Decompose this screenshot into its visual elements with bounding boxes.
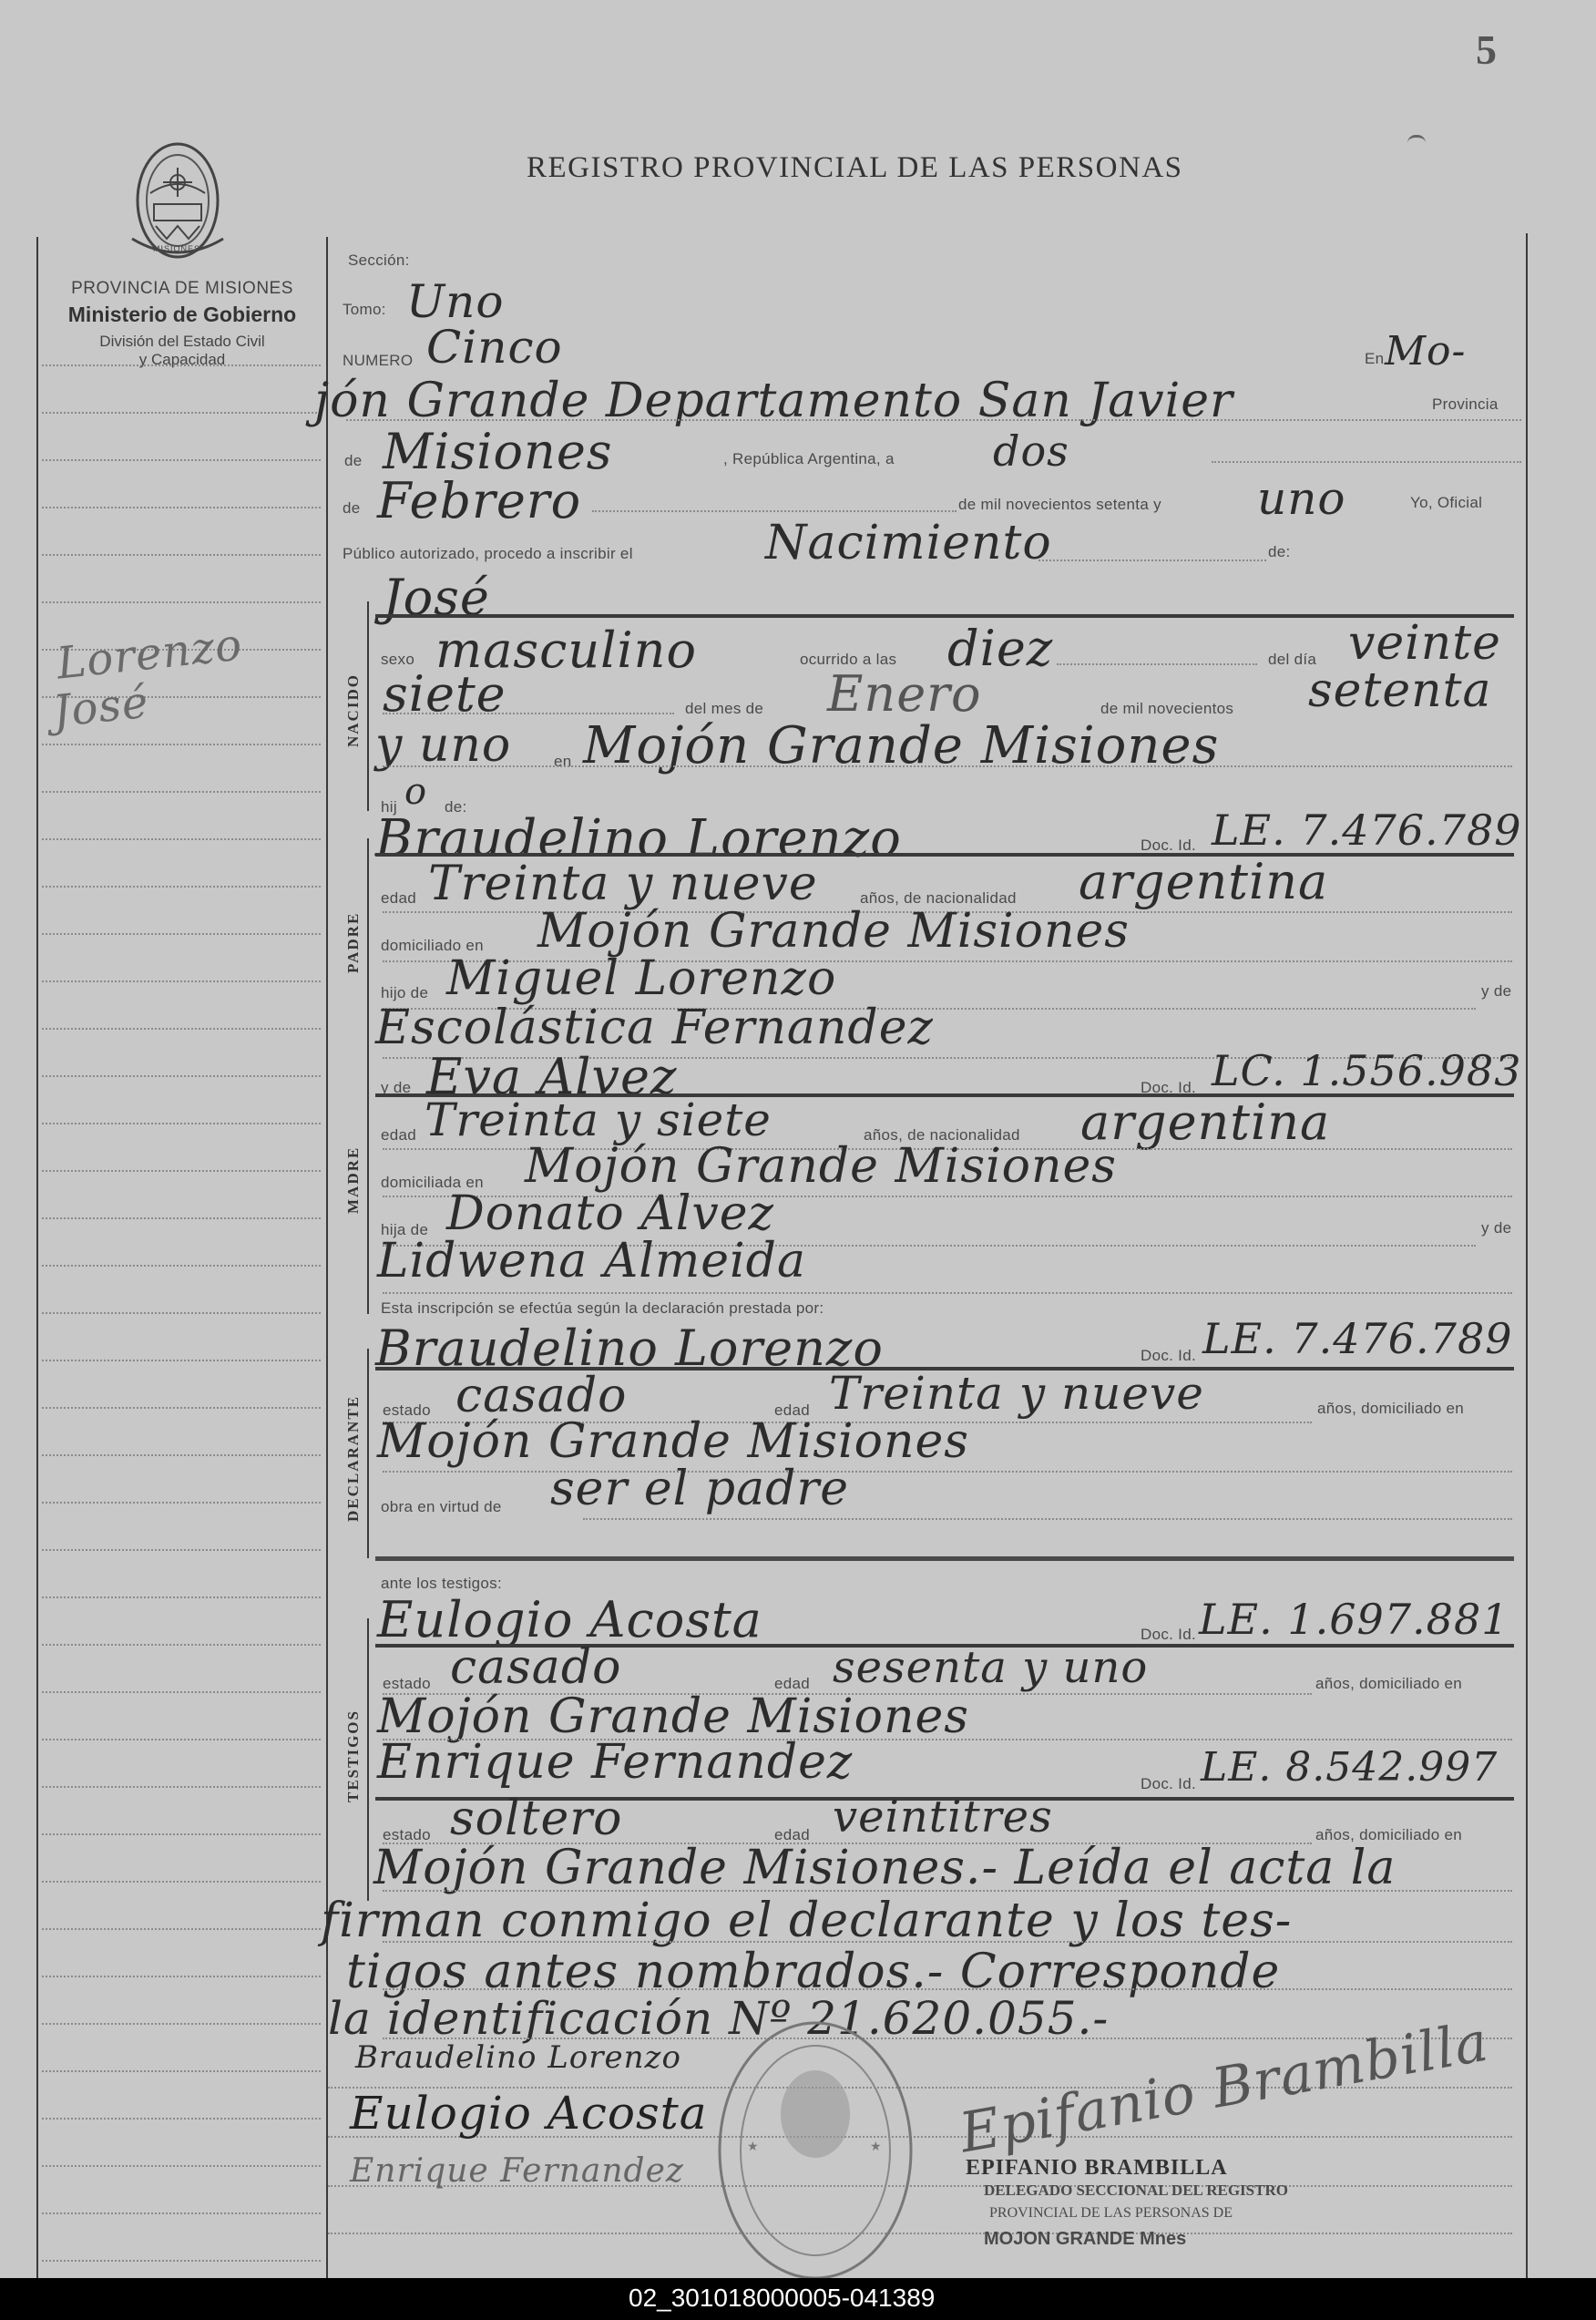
margin-ruled-line [42, 1833, 321, 1835]
anio-value[interactable]: setenta [1308, 663, 1492, 718]
nacido-section-bar [367, 601, 369, 811]
nacido-section-label: NACIDO [344, 673, 363, 747]
de2-label: de [343, 499, 361, 518]
dia-cont-underline [383, 713, 674, 714]
margin-ruled-line [42, 1644, 321, 1646]
closing-line-2[interactable]: firman conmigo el declarante y los tes- [321, 1894, 1292, 1948]
margin-ruled-line [42, 2118, 321, 2120]
svg-text:★: ★ [747, 2140, 759, 2154]
testigo1-estado-value[interactable]: casado [450, 1640, 621, 1695]
page-number: 5 [1476, 26, 1497, 74]
declarante-doc-value[interactable]: LE. 7.476.789 [1202, 1314, 1512, 1363]
margin-ruled-line [42, 886, 321, 888]
dia-value[interactable]: veinte [1348, 616, 1501, 671]
madre-nacionalidad-value[interactable]: argentina [1080, 1093, 1330, 1151]
declarante-domicilio-value[interactable]: Mojón Grande Misiones [377, 1414, 969, 1469]
letterhead-ministry: Ministerio de Gobierno [36, 303, 328, 327]
margin-right-border [326, 237, 328, 2278]
margin-ruled-line [42, 1549, 321, 1551]
margin-ruled-line [42, 364, 321, 366]
hora-underline [1057, 663, 1257, 665]
provincia-label: Provincia [1432, 395, 1499, 414]
margin-ruled-line [42, 2260, 321, 2262]
testigos-section-bar [367, 1618, 369, 1901]
madre-edad-label: edad [381, 1126, 416, 1145]
madre-section-label: MADRE [344, 1146, 363, 1214]
de-label: de [344, 452, 363, 470]
tomo-label: Tomo: [343, 301, 386, 319]
stamp-name: EPIFANIO BRAMBILLA [966, 2156, 1228, 2181]
margin-ruled-line [42, 1881, 321, 1883]
acta-type-value[interactable]: Nacimiento [765, 516, 1052, 570]
lugar-underline [383, 765, 1512, 767]
republica-label: , República Argentina, a [723, 450, 895, 468]
declarante-virtud-underline [583, 1518, 1512, 1520]
margin-ruled-line [42, 2070, 321, 2072]
testigos-top-rule [375, 1556, 1514, 1561]
padre-doc-value[interactable]: LE. 7.476.789 [1212, 806, 1521, 855]
testigo2-estado-value[interactable]: soltero [450, 1791, 622, 1846]
letterhead-province: PROVINCIA DE MISIONES [36, 279, 328, 299]
signature-declarante: Braudelino Lorenzo [355, 2039, 681, 2076]
margin-ruled-line [42, 1454, 321, 1456]
margin-ruled-line [42, 980, 321, 982]
letterhead-division: División del Estado Civil [36, 333, 328, 351]
margin-ruled-line [42, 1028, 321, 1030]
margin-ruled-line [42, 744, 321, 745]
anio-label: de mil novecientos [1100, 700, 1233, 718]
mes-value[interactable]: Enero [827, 665, 981, 723]
padre-hijo-de-label: hijo de [381, 984, 428, 1002]
abuela-materna-value[interactable]: Lidwena Almeida [377, 1234, 806, 1288]
signature-testigo2: Enrique Fernandez [350, 2152, 684, 2190]
testigo2-nombre-value[interactable]: Enrique Fernandez [377, 1735, 853, 1790]
margin-ruled-line [42, 1170, 321, 1172]
margin-ruled-line [42, 507, 321, 508]
page-title: REGISTRO PROVINCIAL DE LAS PERSONAS [527, 151, 1183, 185]
testigo1-doc-label: Doc. Id. [1141, 1626, 1196, 1644]
closing-text-1: Mojón Grande Misiones.- Leída el acta la [373, 1841, 1396, 1895]
margin-note-name: José [50, 677, 150, 738]
margin-ruled-line [42, 1312, 321, 1314]
oficial-label: Yo, Oficial [1410, 494, 1482, 512]
margin-ruled-line [42, 2165, 321, 2167]
declarante-edad-value[interactable]: Treinta y nueve [829, 1367, 1204, 1420]
de3-label: de: [1268, 543, 1291, 561]
declarante-domicilio-label: años, domiciliado en [1317, 1400, 1464, 1418]
margin-ruled-line [42, 1123, 321, 1124]
closing-underline-3 [383, 1988, 1512, 1990]
margin-ruled-line [42, 1928, 321, 1930]
padre-section-label: PADRE [344, 912, 363, 973]
mes-label: del mes de [685, 700, 763, 718]
testigos-intro-label: ante los testigos: [381, 1575, 502, 1593]
hijo-suffix[interactable]: o [404, 771, 427, 813]
padre-edad-label: edad [381, 889, 416, 908]
margin-ruled-line [42, 2023, 321, 2025]
padre-edad-value[interactable]: Treinta y nueve [428, 857, 818, 911]
margin-ruled-line [42, 601, 321, 603]
margin-ruled-line [42, 1739, 321, 1740]
letterhead: PROVINCIA DE MISIONES Ministerio de Gobi… [36, 279, 328, 369]
form-right-border [1526, 233, 1528, 2278]
day-value[interactable]: dos [993, 426, 1069, 476]
declarante-doc-label: Doc. Id. [1141, 1347, 1196, 1365]
margin-ruled-line [42, 1786, 321, 1788]
margin-ruled-line [42, 1976, 321, 1977]
padre-nacionalidad-value[interactable]: argentina [1079, 853, 1328, 910]
abuelo-paterno-value[interactable]: Miguel Lorenzo [446, 951, 836, 1006]
anio-value-cont[interactable]: y uno [375, 718, 511, 773]
margin-ruled-line [42, 1075, 321, 1077]
declarante-section-label: DECLARANTE [344, 1395, 363, 1522]
year-label: de mil novecientos setenta y [958, 496, 1161, 514]
stamp-title: DELEGADO SECCIONAL DEL REGISTRO [984, 2181, 1288, 2200]
letterhead-capacity: y Capacidad [36, 351, 328, 369]
padre-section-bar [367, 838, 369, 1112]
stamp-location: MOJON GRANDE Mnes [984, 2229, 1186, 2250]
padre-doc-label: Doc. Id. [1141, 837, 1196, 855]
lugar-label: en [554, 753, 572, 771]
margin-left-border [36, 237, 38, 2278]
declarante-intro-label: Esta inscripción se efectúa según la dec… [381, 1299, 824, 1318]
year-value[interactable]: uno [1257, 472, 1346, 525]
nacido-top-rule [375, 614, 1514, 618]
margin-ruled-line [42, 1502, 321, 1504]
madre-y-de-label2: y de [1481, 1219, 1511, 1237]
abuelo-materno-value[interactable]: Donato Alvez [446, 1186, 774, 1241]
signature-testigo1: Eulogio Acosta [350, 2087, 708, 2140]
madre-doc-value[interactable]: LC. 1.556.983 [1212, 1046, 1521, 1095]
margin-ruled-line [42, 1217, 321, 1219]
abuela-materna-underline [383, 1292, 1512, 1294]
declarante-section-bar [367, 1349, 369, 1558]
closing-underline-2 [383, 1941, 1512, 1943]
official-round-seal-icon: ★ ★ [679, 2014, 952, 2292]
margin-ruled-line [42, 1596, 321, 1598]
day-underline [1212, 461, 1521, 463]
place-underline [346, 419, 1521, 421]
margin-ruled-line [42, 1360, 321, 1361]
numero-value[interactable]: Cinco [426, 321, 563, 374]
margin-ruled-line [42, 412, 321, 414]
declarante-virtud-value[interactable]: ser el padre [550, 1462, 849, 1516]
testigo1-domicilio-label: años, domiciliado en [1315, 1675, 1462, 1693]
month-underline [592, 510, 957, 512]
margin-ruled-line [42, 554, 321, 556]
month-value[interactable]: Febrero [377, 472, 581, 529]
testigos-section-label: TESTIGOS [344, 1709, 363, 1802]
en-label: En [1365, 350, 1384, 368]
margin-ruled-line [42, 459, 321, 461]
abuela-paterna-value[interactable]: Escolástica Fernandez [375, 1001, 934, 1055]
testigo2-edad-value[interactable]: veintitres [833, 1791, 1053, 1843]
stamp-registry: PROVINCIAL DE LAS PERSONAS DE [989, 2205, 1233, 2222]
closing-underline-1 [383, 1890, 1512, 1892]
margin-ruled-line [42, 791, 321, 793]
margin-ruled-line [42, 838, 321, 840]
padre-domicilio-value[interactable]: Mojón Grande Misiones [537, 904, 1130, 959]
seccion-label: Sección: [348, 252, 410, 270]
en-value[interactable]: Mo- [1385, 328, 1466, 375]
margin-ruled-line [42, 1265, 321, 1267]
margin-ruled-line [42, 933, 321, 935]
margin-ruled-line [42, 1691, 321, 1693]
pencil-mark [1407, 135, 1426, 143]
margin-note-surname: Lorenzo [55, 619, 245, 689]
testigo1-doc-value[interactable]: LE. 1.697.881 [1199, 1595, 1509, 1644]
footer-bar: 02_301018000005-041389 [0, 2278, 1596, 2320]
footer-id: 02_301018000005-041389 [629, 2284, 935, 2313]
madre-domicilio-value[interactable]: Mojón Grande Misiones [525, 1139, 1117, 1194]
testigo2-doc-label: Doc. Id. [1141, 1775, 1196, 1793]
margin-ruled-line [42, 2212, 321, 2214]
publico-label: Público autorizado, procedo a inscribir … [343, 545, 633, 563]
testigo1-edad-value[interactable]: sesenta y uno [833, 1642, 1148, 1693]
testigo2-doc-value[interactable]: LE. 8.542.997 [1201, 1744, 1498, 1791]
declarante-virtud-label: obra en virtud de [381, 1498, 502, 1516]
seal-label: MISIONES [153, 244, 200, 253]
closing-line-3[interactable]: tigos antes nombrados.- Corresponde [346, 1945, 1280, 1999]
padre-y-de-label: y de [1481, 982, 1511, 1001]
margin-ruled-line [42, 1407, 321, 1409]
closing-line-1[interactable]: Mojón Grande Misiones. Mojón Grande Misi… [373, 1841, 1396, 1895]
numero-label: NUMERO [343, 352, 413, 370]
madre-section-bar [367, 1099, 369, 1314]
acta-underline [1038, 559, 1266, 561]
svg-text:★: ★ [870, 2140, 882, 2154]
